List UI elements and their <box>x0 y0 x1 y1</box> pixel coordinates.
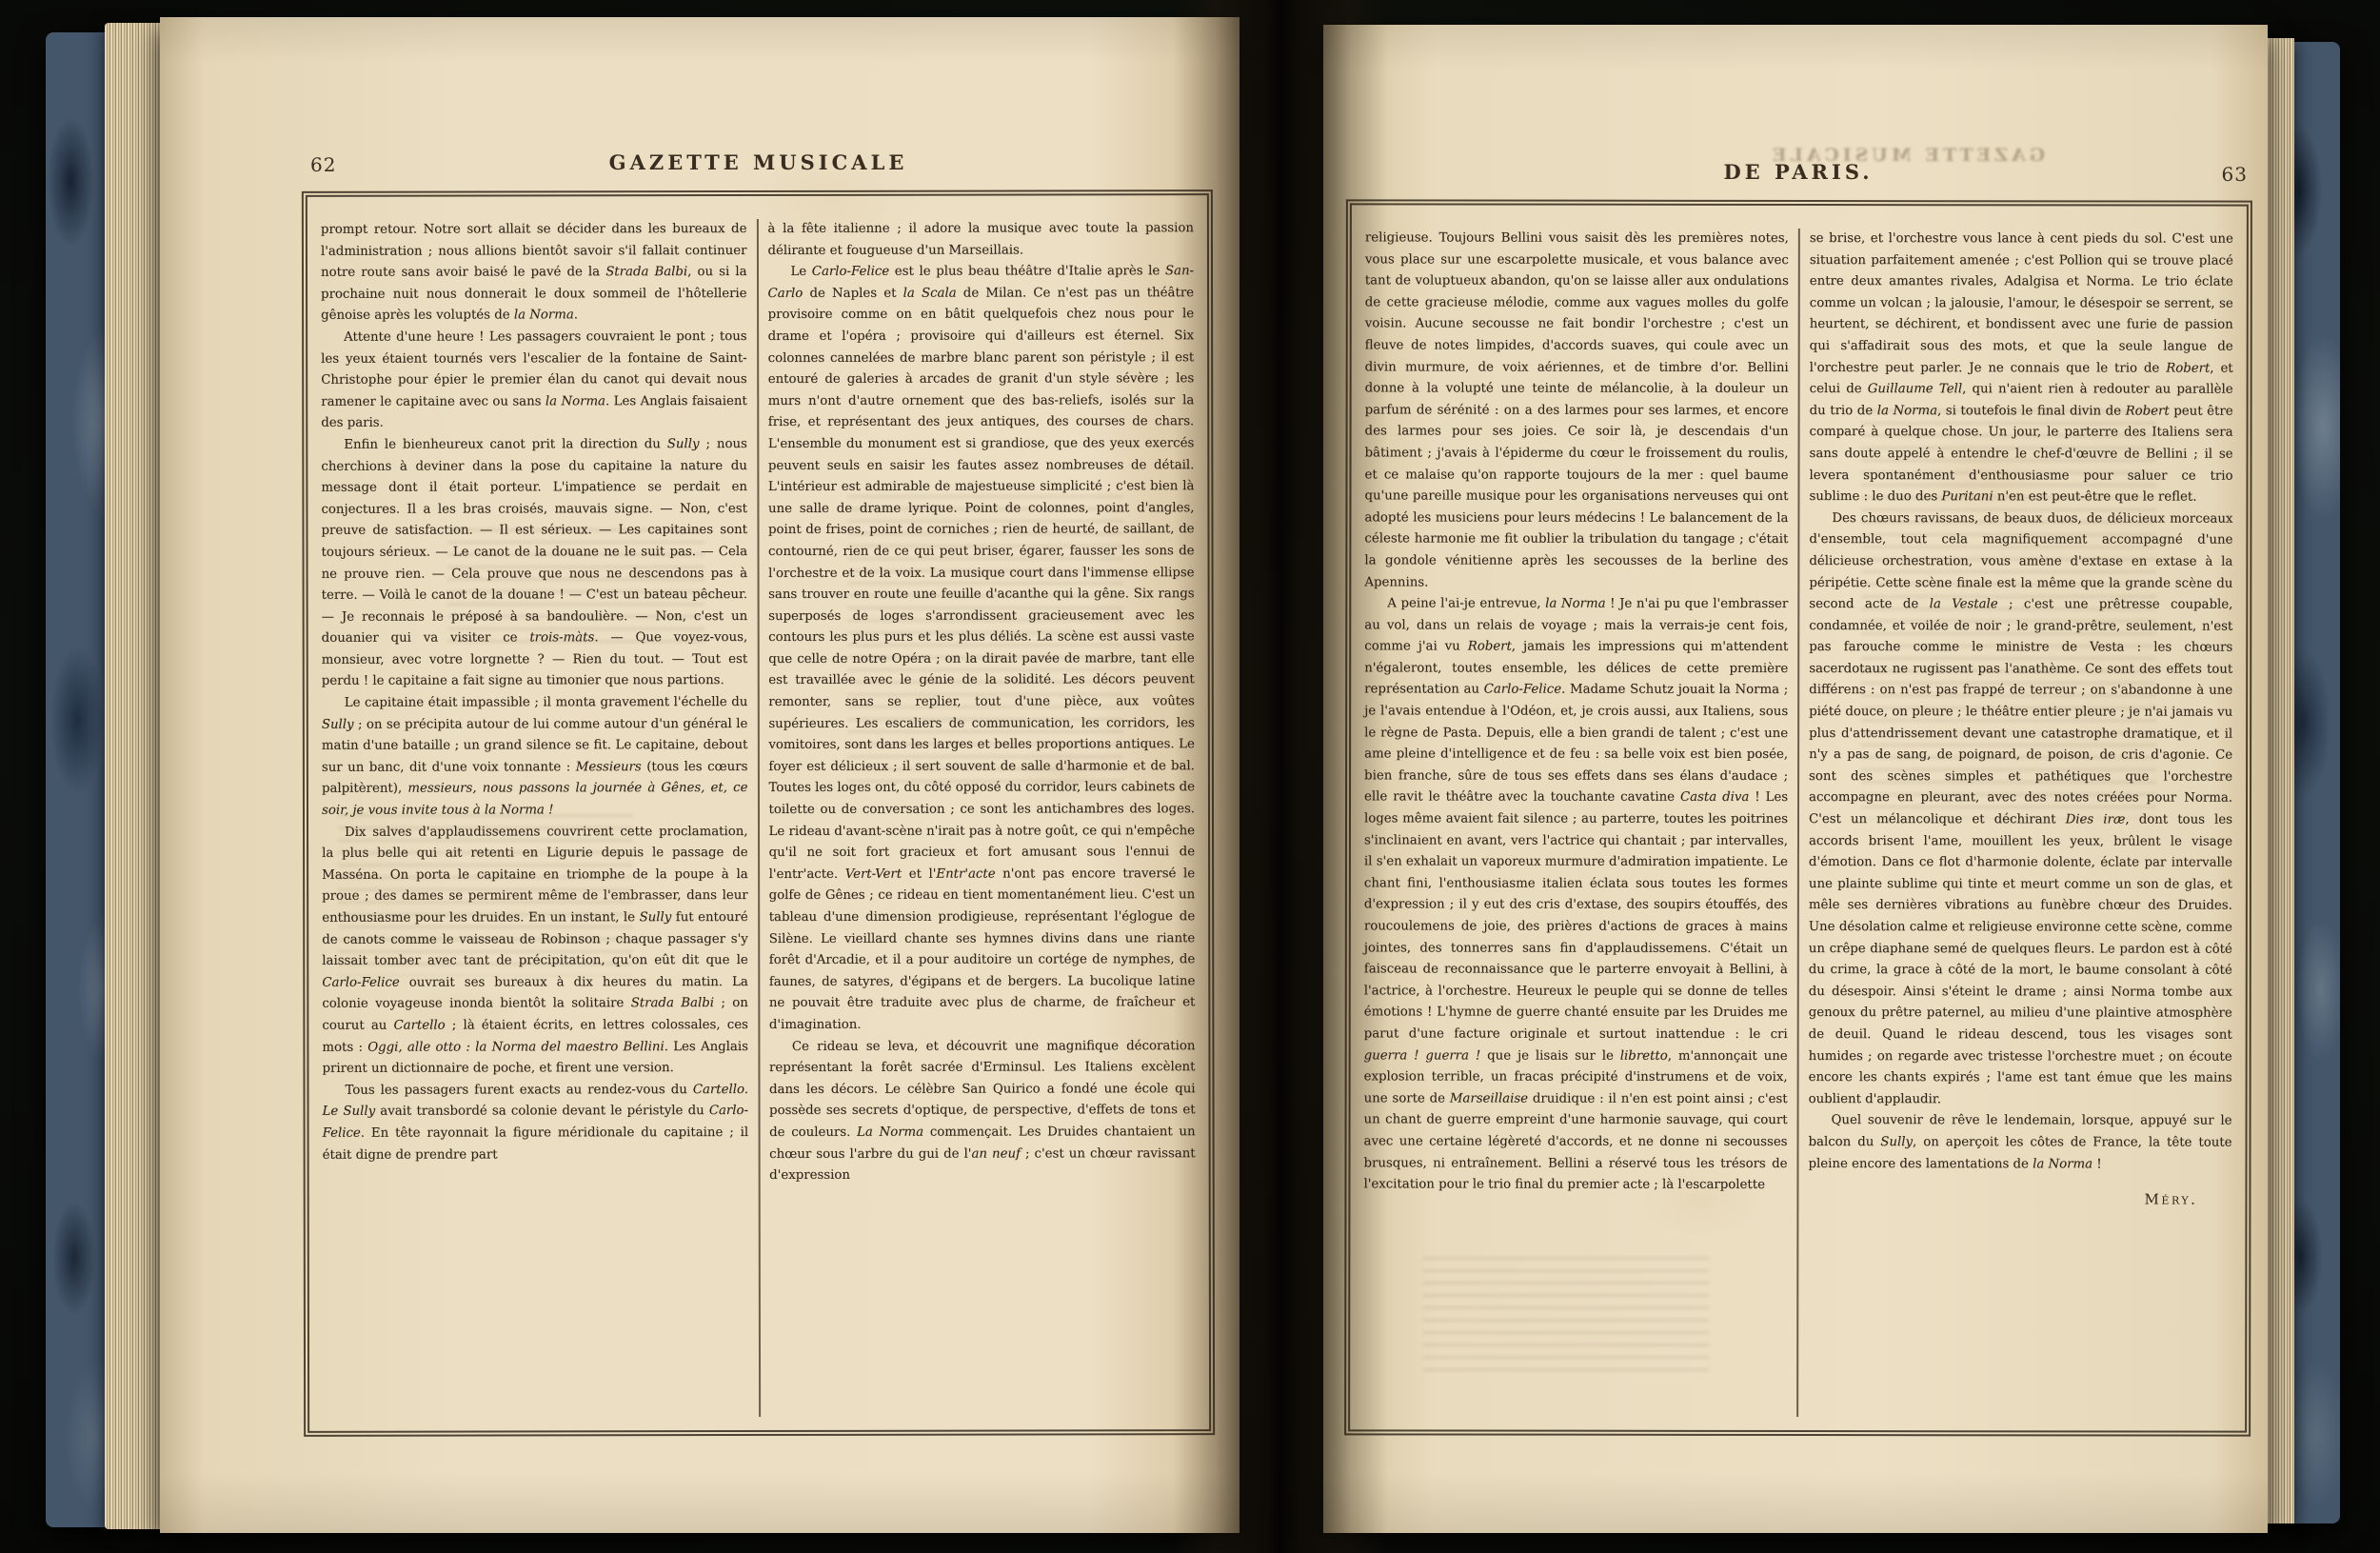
right-page-header: GAZETTE MUSICALE DE PARIS. 63 <box>1345 160 2251 192</box>
text-run: ! Les loges même avaient fait silence ; … <box>1364 790 1788 1042</box>
text-run: se brise, et l'orchestre vous lance à ce… <box>1810 231 2233 375</box>
text-run: religieuse. Toujours Bellini vous saisit… <box>1364 230 1789 589</box>
italic-text-run: Robert <box>2166 361 2210 375</box>
text-column-2: à la fête italienne ; il adore la musiqu… <box>756 218 1205 1417</box>
paragraph: Enfin le bienheureux canot prit la direc… <box>321 434 747 693</box>
text-run: est le plus beau théâtre d'Italie après … <box>889 264 1165 279</box>
italic-text-run: Puritani <box>1941 489 1993 504</box>
text-frame-right: religieuse. Toujours Bellini vous saisit… <box>1344 199 2252 1436</box>
italic-text-run: Sully <box>667 437 700 451</box>
italic-text-run: Sully <box>1880 1135 1913 1149</box>
paragraph: Ce rideau se leva, et découvrit une magn… <box>769 1036 1196 1187</box>
italic-text-run: Casta diva <box>1680 790 1749 805</box>
paragraph: religieuse. Toujours Bellini vous saisit… <box>1364 228 1789 594</box>
italic-text-run: la Scala <box>903 286 957 300</box>
text-run: . <box>574 309 578 323</box>
italic-text-run: la Norma <box>1877 404 1937 418</box>
running-head-left: GAZETTE MUSICALE <box>303 150 1214 174</box>
paragraph: Le capitaine était impassible ; il monta… <box>322 692 748 822</box>
paragraph: prompt retour. Notre sort allait se déci… <box>321 219 747 328</box>
italic-text-run: Strada Balbi <box>631 996 714 1010</box>
italic-text-run: Cartello <box>393 1019 445 1033</box>
italic-text-run: Robert <box>1468 640 1512 654</box>
paragraph: Dix salves d'applaudissemens couvrirent … <box>322 822 748 1081</box>
text-run: ! <box>2092 1157 2102 1171</box>
italic-text-run: la Norma <box>545 394 605 408</box>
italic-text-run: Dies iræ <box>2066 812 2126 826</box>
paragraph: Des chœurs ravissans, de beaux duos, de … <box>1809 508 2233 1111</box>
italic-text-run: Sully <box>322 717 354 731</box>
text-run: n'en est peut-être que le reflet. <box>1993 489 2197 504</box>
italic-text-run: Oggi, alle otto : la Norma del maestro B… <box>367 1040 668 1055</box>
text-run: à la fête italienne ; il adore la musiqu… <box>767 221 1194 257</box>
paragraph: se brise, et l'orchestre vous lance à ce… <box>1809 229 2232 508</box>
italic-text-run: Carlo-Felice <box>322 975 399 989</box>
text-run: de Milan. Ce n'est pas un théâtre provis… <box>768 286 1196 882</box>
text-run: . Madame Schutz jouait la Norma ; je l'a… <box>1364 683 1788 805</box>
book-scan-stage: 62 GAZETTE MUSICALE GAZETTE MUSICALE DE … <box>0 0 2380 1553</box>
text-run: druidique : il n'en est point ainsi ; c'… <box>1363 1091 1787 1192</box>
italic-text-run: Vert-Vert <box>845 867 902 882</box>
italic-text-run: Entr'acte <box>936 866 995 881</box>
italic-text-run: Messieurs <box>576 760 642 774</box>
text-run: que je lisais sur le <box>1480 1048 1620 1063</box>
italic-text-run: la Norma <box>2033 1157 2092 1171</box>
italic-text-run: Strada Balbi <box>605 265 687 279</box>
italic-text-run: la Norma <box>514 309 574 323</box>
text-run: n'ont pas encore traversé le golfe de Gê… <box>769 866 1196 1032</box>
text-run: Enfin le bienheureux canot prit la direc… <box>344 437 667 452</box>
text-run: A peine l'ai-je entrevue, <box>1387 596 1545 610</box>
italic-text-run: trois-màts <box>529 631 594 646</box>
text-run: Tous les passagers furent exacts au rend… <box>345 1083 692 1098</box>
author-signature: Méry. <box>1808 1190 2231 1208</box>
italic-text-run: Carlo-Felice <box>1484 683 1561 697</box>
paragraph: Tous les passagers furent exacts au rend… <box>322 1080 748 1166</box>
italic-text-run: Guillaume Tell <box>1868 382 1962 396</box>
text-run: avait transbordé sa colonie devant le pé… <box>375 1104 709 1119</box>
italic-text-run: guerra ! guerra ! <box>1364 1048 1481 1063</box>
paragraph: Le Carlo-Felice est le plus beau théâtre… <box>767 261 1195 1036</box>
text-column-3: religieuse. Toujours Bellini vous saisit… <box>1354 228 1798 1417</box>
text-run: Le capitaine était impassible ; il monta… <box>345 695 748 710</box>
text-run: ; nous cherchions à deviner dans la pose… <box>321 437 747 646</box>
italic-text-run: Robert <box>2126 404 2170 418</box>
italic-text-run: Sully <box>640 910 672 925</box>
italic-text-run: Marseillaise <box>1450 1091 1528 1105</box>
left-page-header: 62 GAZETTE MUSICALE <box>303 150 1214 183</box>
italic-text-run: an neuf <box>971 1146 1021 1161</box>
running-head-right: DE PARIS. <box>1345 160 2251 184</box>
italic-text-run: Carlo-Felice <box>812 265 889 279</box>
text-frame-left: prompt retour. Notre sort allait se déci… <box>302 189 1215 1437</box>
text-run: de Naples et <box>803 287 902 301</box>
paragraph: Attente d'une heure ! Les passagers couv… <box>321 327 747 435</box>
text-run: et l' <box>902 866 936 881</box>
text-column-4: se brise, et l'orchestre vous lance à ce… <box>1796 229 2243 1418</box>
paragraph: à la fête italienne ; il adore la musiqu… <box>767 218 1194 262</box>
text-run: ; c'est une prêtresse coupable, condamné… <box>1809 597 2232 826</box>
italic-text-run: la Vestale <box>1930 597 1998 611</box>
text-run: . En tête rayonnait la figure méridional… <box>323 1125 748 1162</box>
italic-text-run: La Norma <box>857 1125 923 1140</box>
text-run: Le <box>790 265 811 279</box>
text-run: , si toutefois le final divin de <box>1937 404 2126 418</box>
page-number-right: 63 <box>2222 163 2248 186</box>
text-column-1: prompt retour. Notre sort allait se déci… <box>311 219 759 1418</box>
italic-text-run: la Norma <box>1545 597 1605 611</box>
paragraph: A peine l'ai-je entrevue, la Norma ! Je … <box>1363 593 1788 1196</box>
paragraph: Quel souvenir de rêve le lendemain, lors… <box>1808 1110 2231 1175</box>
text-run: , dont tous les accords brisent l'ame, m… <box>1809 813 2232 1106</box>
italic-text-run: libretto <box>1620 1048 1668 1063</box>
